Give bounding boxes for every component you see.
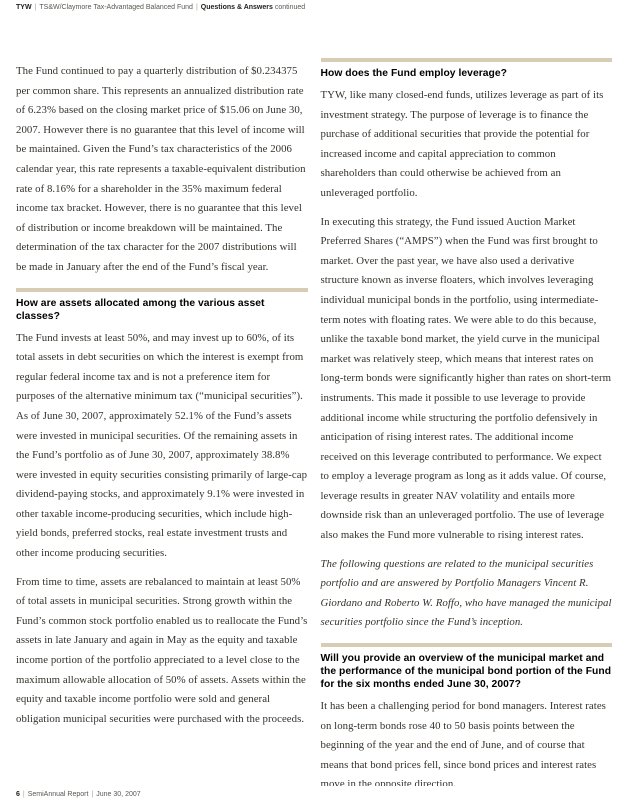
page-header: TYW|TS&W/Claymore Tax-Advantaged Balance… [16,3,305,12]
report-label: SemiAnnual Report [28,791,89,798]
body-paragraph: From time to time, assets are rebalanced… [16,573,308,730]
section-rule [16,288,308,292]
header-separator: | [193,4,201,11]
report-date: June 30, 2007 [96,791,140,798]
left-column: The Fund continued to pay a quarterly di… [16,58,308,786]
right-column: How does the Fund employ leverage? TYW, … [321,58,613,786]
question-section-asset-allocation: How are assets allocated among the vario… [16,288,308,730]
question-section-municipal-market: Will you provide an overview of the muni… [321,643,613,786]
page-footer: 6|SemiAnnual Report|June 30, 2007 [16,790,141,799]
portfolio-managers-note: The following questions are related to t… [321,555,613,633]
section-title: Questions & Answers [201,4,273,11]
question-heading-asset-allocation: How are assets allocated among the vario… [16,297,308,323]
body-paragraph: The Fund invests at least 50%, and may i… [16,329,308,564]
question-heading-municipal-market: Will you provide an overview of the muni… [321,652,613,691]
fund-ticker: TYW [16,4,32,11]
question-section-leverage: How does the Fund employ leverage? TYW, … [321,58,613,546]
footer-separator: | [20,791,28,798]
report-page: TYW|TS&W/Claymore Tax-Advantaged Balance… [0,0,627,810]
continued-label: continued [275,4,305,11]
body-paragraph: In executing this strategy, the Fund iss… [321,213,613,546]
section-rule [321,58,613,62]
two-column-body: The Fund continued to pay a quarterly di… [16,58,612,786]
distribution-paragraph: The Fund continued to pay a quarterly di… [16,62,308,278]
body-paragraph: It has been a challenging period for bon… [321,697,613,786]
section-rule [321,643,613,647]
body-paragraph: TYW, like many closed-end funds, utilize… [321,86,613,204]
question-heading-leverage: How does the Fund employ leverage? [321,67,613,80]
fund-name: TS&W/Claymore Tax-Advantaged Balanced Fu… [39,4,193,11]
